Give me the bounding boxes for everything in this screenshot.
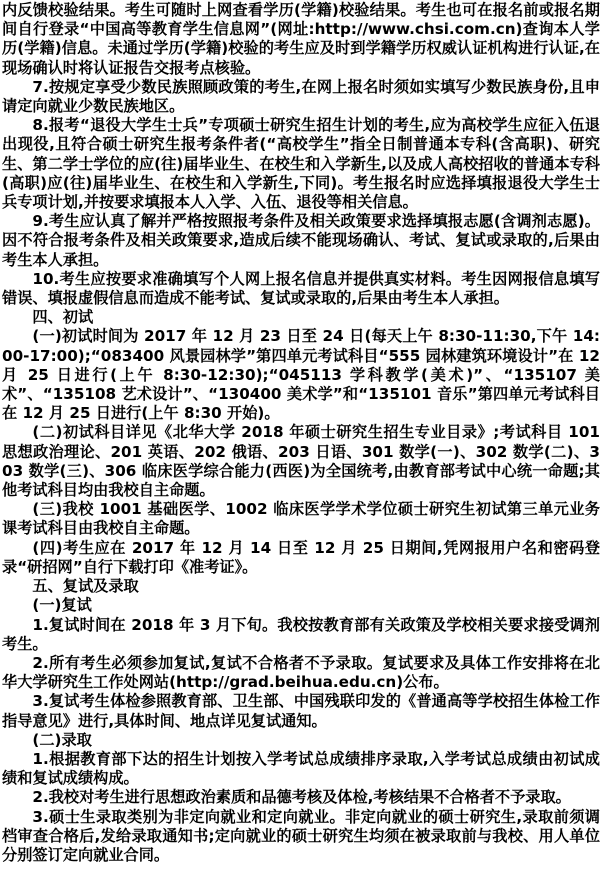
heading-retest: (一)复试 (2, 596, 600, 615)
heading-section-4-preliminary-exam: 四、初试 (2, 308, 600, 327)
para-item-8-veteran-plan: 8.报考“退役大学生士兵”专项硕士研究生招生计划的考生,应为高校学生应征入伍退出… (2, 116, 600, 212)
heading-admission: (二)录取 (2, 731, 600, 750)
para-admission-1-ranking: 1.根据教育部下达的招生计划按入学考试总成绩排序录取,入学考试总成绩由初试成绩和… (2, 750, 600, 788)
para-preliminary-1-exam-time: (一)初试时间为 2017 年 12 月 23 日至 24 日(每天上午 8:3… (2, 327, 600, 423)
para-item-9-application-conditions: 9.考生应认真了解并严格按照报考条件及相关政策要求选择填报志愿(含调剂志愿)。因… (2, 212, 600, 270)
para-xueli-verification-continuation: 内反馈校验结果。考生可随时上网查看学历(学籍)校验结果。考生也可在报名前或报名期… (2, 1, 600, 78)
para-preliminary-3-medical-subjects: (三)我校 1001 基础医学、1002 临床医学学术学位硕士研究生初试第三单元… (2, 500, 600, 538)
para-admission-2-moral-check: 2.我校对考生进行思想政治素质和品德考核及体检,考核结果不合格者不予录取。 (2, 788, 600, 807)
heading-section-5-retest-admission: 五、复试及录取 (2, 577, 600, 596)
para-retest-2-requirement: 2.所有考生必须参加复试,复试不合格者不予录取。复试要求及具体工作安排将在北华大… (2, 654, 600, 692)
para-preliminary-2-exam-subjects: (二)初试科目详见《北华大学 2018 年硕士研究生招生专业目录》;考试科目 1… (2, 423, 600, 500)
para-preliminary-4-admission-ticket: (四)考生应在 2017 年 12 月 14 日至 12 月 25 日期间,凭网… (2, 539, 600, 577)
para-retest-1-time: 1.复试时间在 2018 年 3 月下旬。我校按教育部有关政策及学校相关要求接受… (2, 616, 600, 654)
document-page: 内反馈校验结果。考生可随时上网查看学历(学籍)校验结果。考生也可在报名前或报名期… (0, 0, 602, 883)
para-admission-3-employment-type: 3.硕士生录取类别为非定向就业和定向就业。非定向就业的硕士研究生,录取前须调档审… (2, 808, 600, 866)
para-item-7-minority-policy: 7.按规定享受少数民族照顾政策的考生,在网上报名时须如实填写少数民族身份,且申请… (2, 78, 600, 116)
para-retest-3-physical-exam: 3.复试考生体检参照教育部、卫生部、中国残联印发的《普通高等学校招生体检工作指导… (2, 692, 600, 730)
para-item-10-accurate-info: 10.考生应按要求准确填写个人网上报名信息并提供真实材料。考生因网报信息填写错误… (2, 270, 600, 308)
